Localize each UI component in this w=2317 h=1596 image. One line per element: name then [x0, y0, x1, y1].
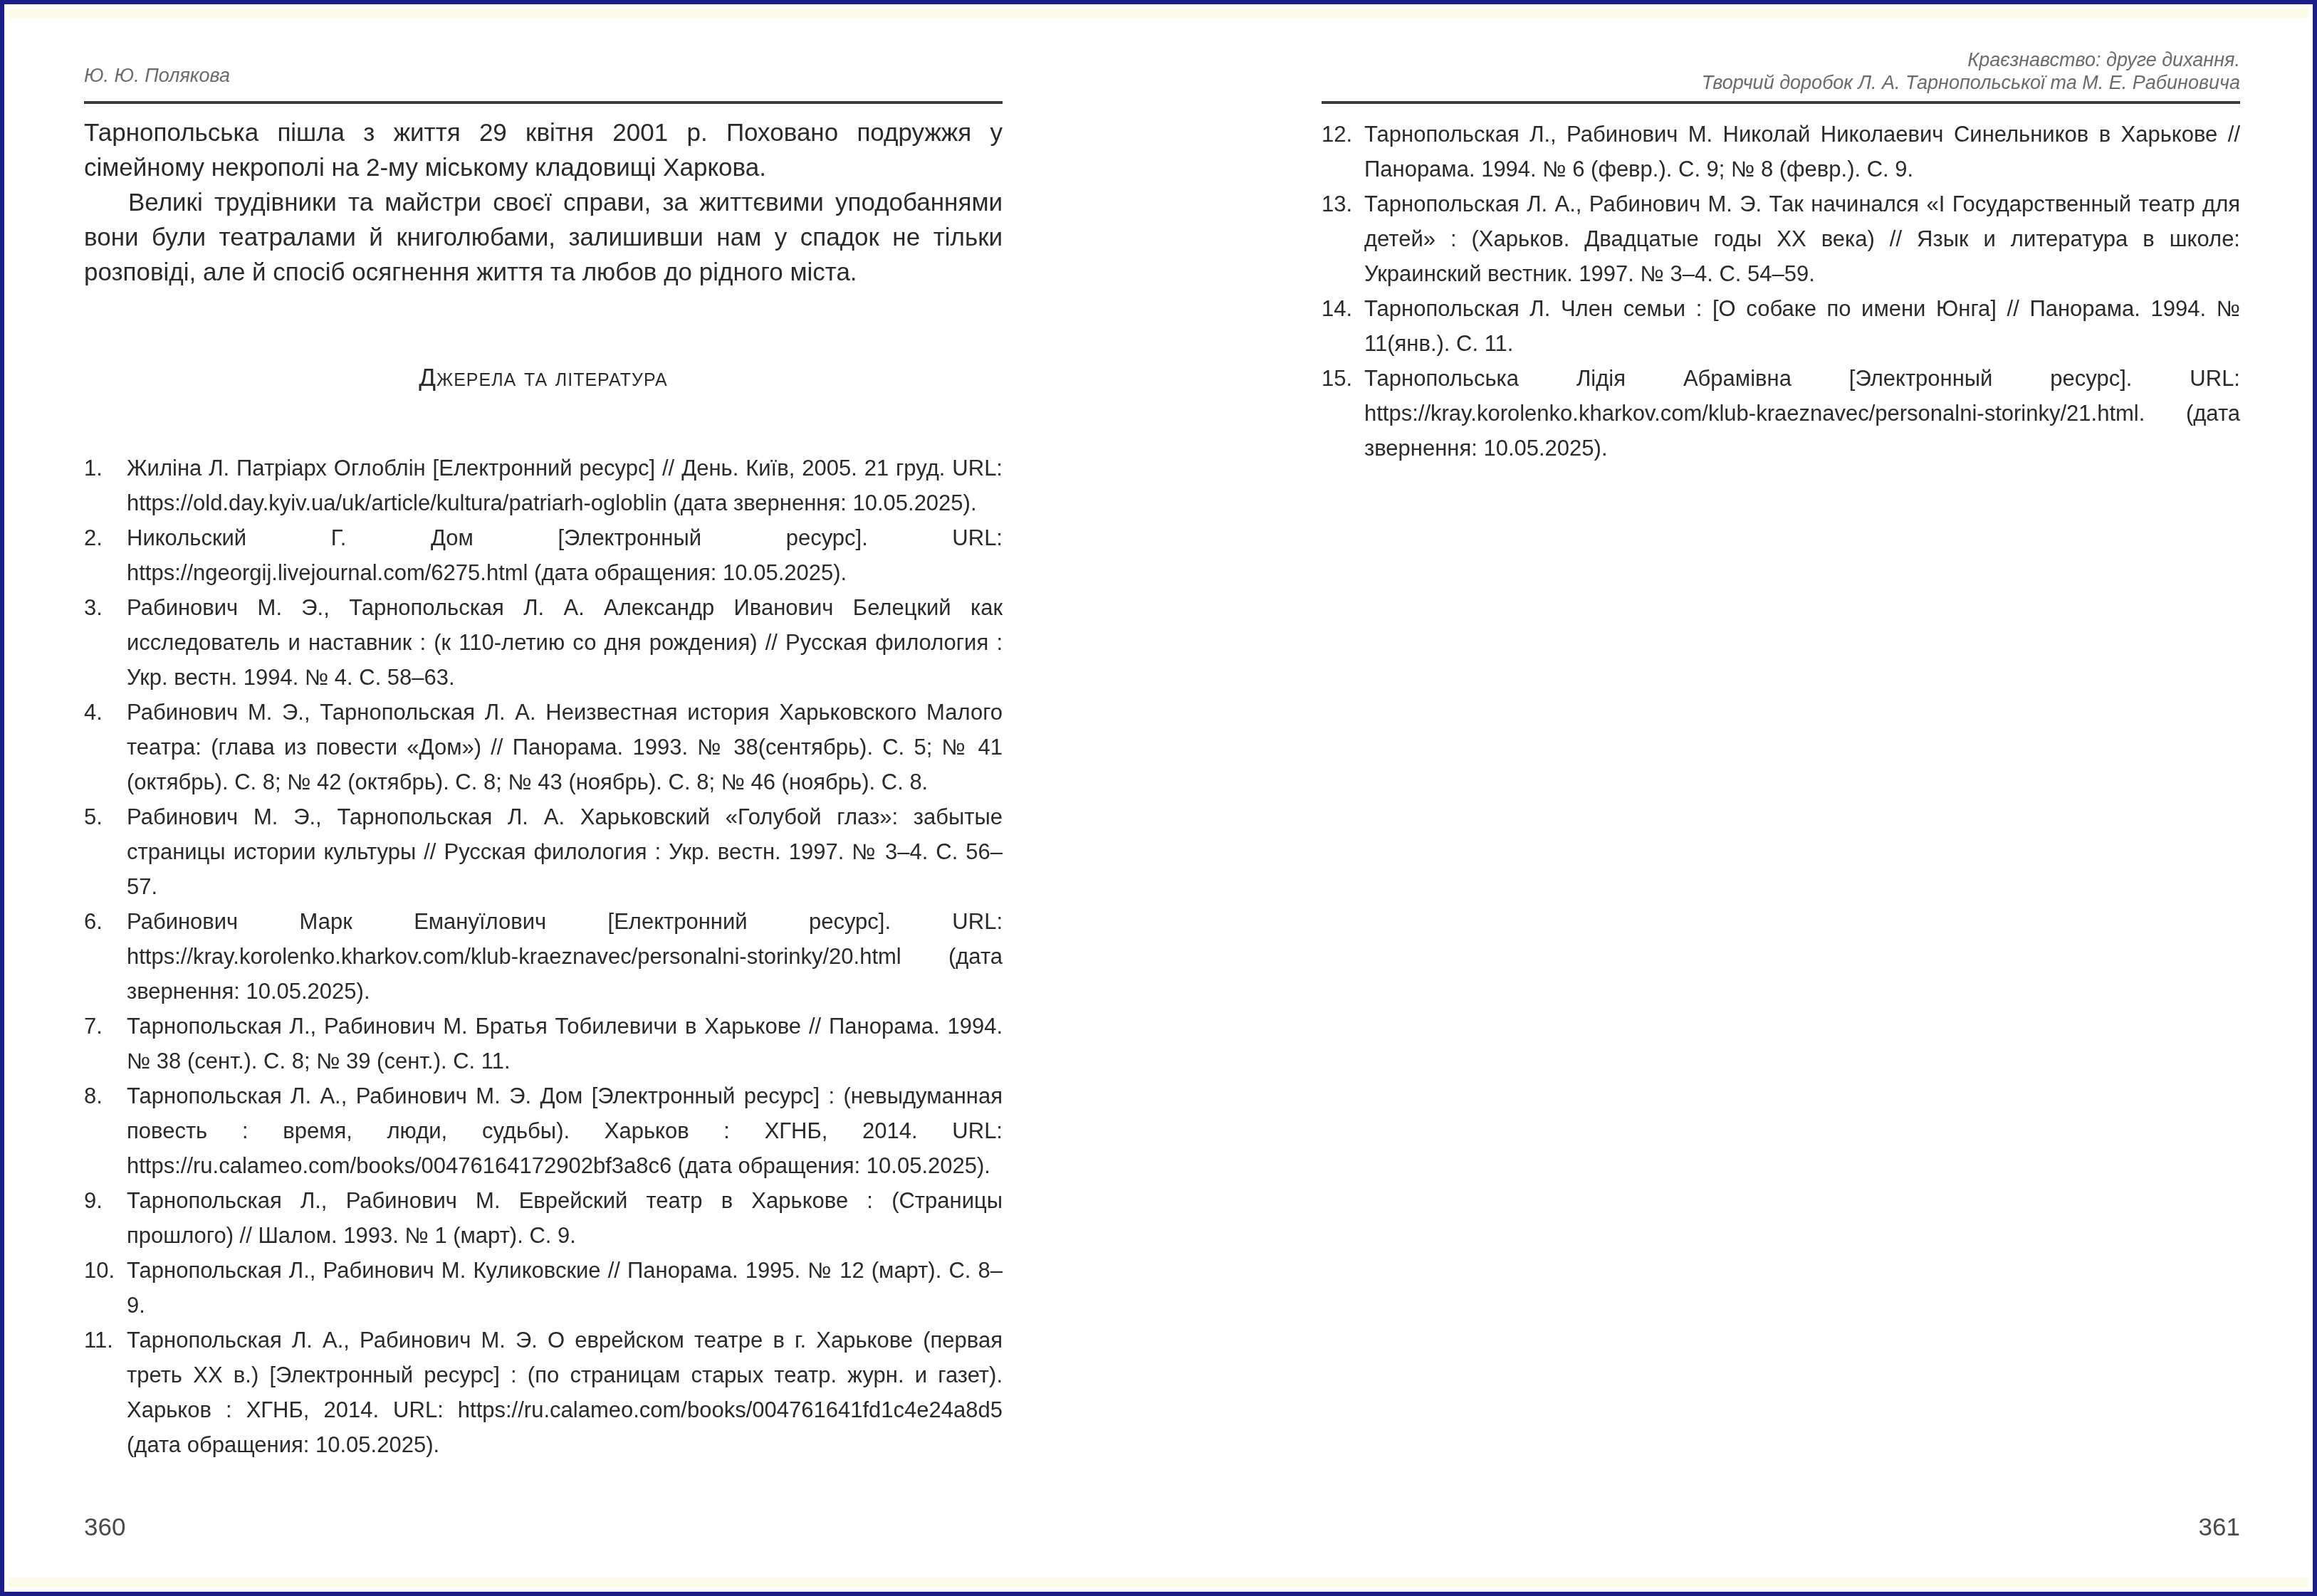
reference-item: 12.Тарнопольская Л., Рабинович М. Никола… — [1322, 117, 2240, 187]
left-page: Ю. Ю. Полякова Тарнопольська пішла з жит… — [84, 4, 1003, 1596]
running-head-title: Краєзнавство: друге дихання. Творчий дор… — [1322, 48, 2240, 94]
reference-item: 2.Никольский Г. Дом [Электронный ресурс]… — [84, 520, 1003, 590]
reference-number: 14. — [1322, 291, 1352, 326]
running-head-line: Краєзнавство: друге дихання. — [1322, 48, 2240, 71]
reference-text: Рабинович Марк Емануїлович [Електронний … — [127, 909, 1003, 1004]
reference-item: 3.Рабинович М. Э., Тарнопольская Л. А. А… — [84, 590, 1003, 695]
reference-text: Рабинович М. Э., Тарнопольская Л. А. Але… — [127, 595, 1003, 690]
reference-text: Тарнопольська Лідія Абрамівна [Электронн… — [1364, 366, 2240, 461]
reference-text: Тарнопольская Л., Рабинович М. Братья То… — [127, 1014, 1003, 1073]
right-page: Краєзнавство: друге дихання. Творчий дор… — [1322, 4, 2240, 1596]
running-head-line: Творчий доробок Л. А. Тарнопольської та … — [1322, 71, 2240, 94]
reference-list: 12.Тарнопольская Л., Рабинович М. Никола… — [1322, 117, 2240, 466]
reference-number: 6. — [84, 904, 103, 939]
reference-item: 4.Рабинович М. Э., Тарнопольская Л. А. Н… — [84, 695, 1003, 799]
reference-number: 11. — [84, 1323, 113, 1358]
reference-list: 1.Жиліна Л. Патріарх Оглоблін [Електронн… — [84, 451, 1003, 1462]
reference-item: 11.Тарнопольская Л. А., Рабинович М. Э. … — [84, 1323, 1003, 1462]
reference-item: 8.Тарнопольская Л. А., Рабинович М. Э. Д… — [84, 1078, 1003, 1183]
reference-text: Тарнопольская Л. А., Рабинович М. Э. Дом… — [127, 1083, 1003, 1178]
body-text: Тарнопольська пішла з життя 29 квітня 20… — [84, 115, 1003, 290]
reference-number: 5. — [84, 799, 103, 834]
reference-item: 15.Тарнопольська Лідія Абрамівна [Электр… — [1322, 361, 2240, 466]
paragraph: Тарнопольська пішла з життя 29 квітня 20… — [84, 115, 1003, 185]
reference-text: Тарнопольская Л. А., Рабинович М. Э. О е… — [127, 1328, 1003, 1457]
reference-text: Жиліна Л. Патріарх Оглоблін [Електронний… — [127, 456, 1003, 515]
reference-item: 10.Тарнопольская Л., Рабинович М. Кулико… — [84, 1253, 1003, 1323]
reference-text: Рабинович М. Э., Тарнопольская Л. А. Неи… — [127, 700, 1003, 794]
running-head-author: Ю. Ю. Полякова — [84, 64, 1003, 87]
reference-number: 15. — [1322, 361, 1352, 396]
header-rule — [84, 101, 1003, 104]
header-rule — [1322, 101, 2240, 104]
reference-text: Тарнопольская Л. А., Рабинович М. Э. Так… — [1364, 191, 2240, 286]
reference-item: 1.Жиліна Л. Патріарх Оглоблін [Електронн… — [84, 451, 1003, 520]
reference-text: Никольский Г. Дом [Электронный ресурс]. … — [127, 525, 1003, 585]
reference-text: Рабинович М. Э., Тарнопольская Л. А. Хар… — [127, 804, 1003, 899]
reference-item: 5.Рабинович М. Э., Тарнопольская Л. А. Х… — [84, 799, 1003, 904]
reference-number: 4. — [84, 695, 103, 730]
reference-number: 13. — [1322, 187, 1352, 221]
reference-text: Тарнопольская Л., Рабинович М. Куликовск… — [127, 1258, 1003, 1318]
reference-item: 6.Рабинович Марк Емануїлович [Електронни… — [84, 904, 1003, 1009]
reference-number: 10. — [84, 1253, 115, 1288]
reference-number: 8. — [84, 1078, 103, 1113]
reference-item: 13.Тарнопольская Л. А., Рабинович М. Э. … — [1322, 187, 2240, 291]
document-frame: Ю. Ю. Полякова Тарнопольська пішла з жит… — [0, 0, 2317, 1596]
reference-text: Тарнопольская Л., Рабинович М. Еврейский… — [127, 1188, 1003, 1248]
reference-item: 14.Тарнопольская Л. Член семьи : [О соба… — [1322, 291, 2240, 361]
reference-number: 9. — [84, 1183, 103, 1218]
paragraph: Великі трудівники та майстри своєї справ… — [84, 185, 1003, 290]
page-number: 360 — [84, 1513, 125, 1542]
reference-text: Тарнопольская Л. Член семьи : [О собаке … — [1364, 296, 2240, 356]
reference-number: 12. — [1322, 117, 1352, 152]
reference-number: 7. — [84, 1009, 103, 1044]
reference-number: 3. — [84, 590, 103, 625]
reference-text: Тарнопольская Л., Рабинович М. Николай Н… — [1364, 122, 2240, 182]
page-number: 361 — [2199, 1513, 2240, 1542]
reference-number: 2. — [84, 520, 103, 555]
reference-item: 9.Тарнопольская Л., Рабинович М. Еврейск… — [84, 1183, 1003, 1253]
reference-item: 7.Тарнопольская Л., Рабинович М. Братья … — [84, 1009, 1003, 1078]
section-title: Джерела та література — [84, 364, 1003, 392]
reference-number: 1. — [84, 451, 103, 485]
